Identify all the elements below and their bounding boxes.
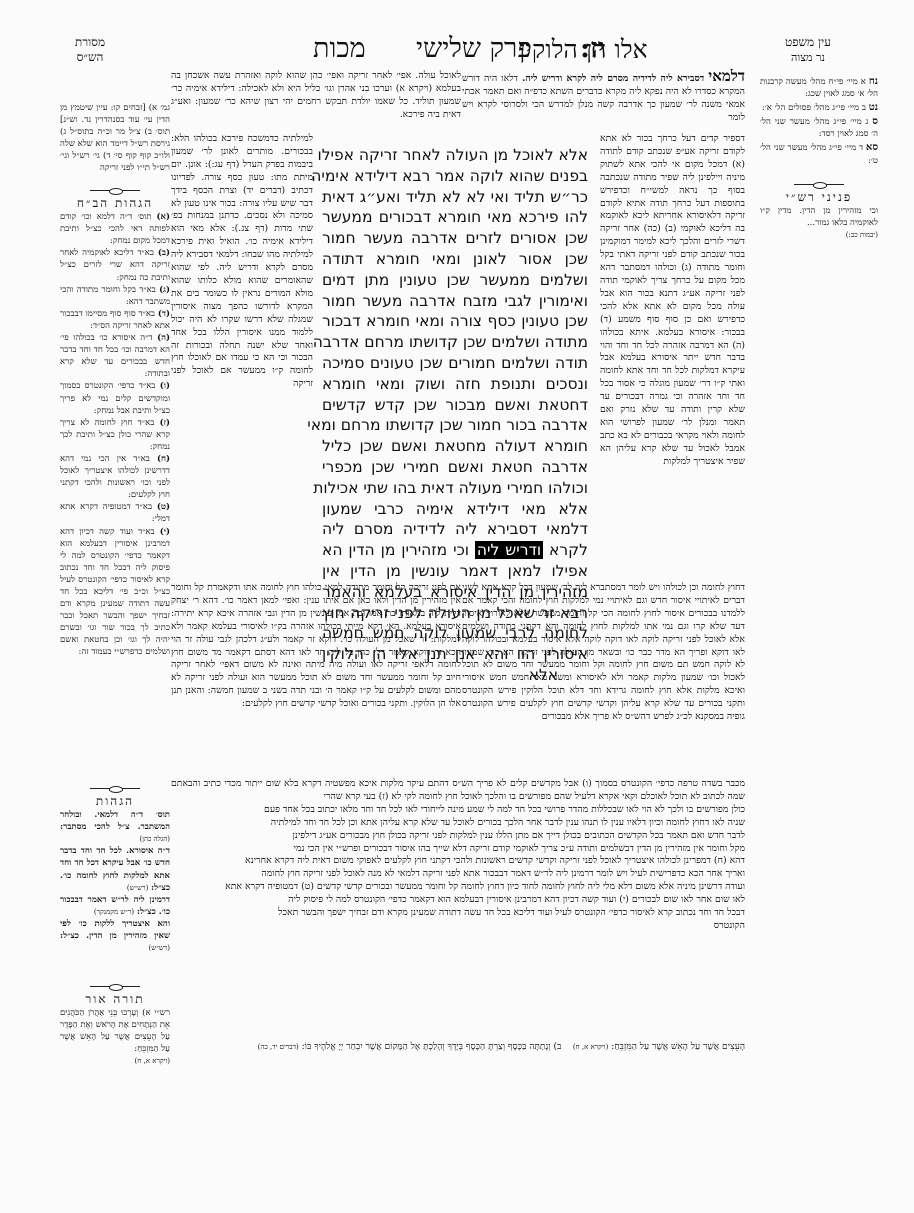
hagahot-item: (ט) בא״ד דמטופיה דקרא אתא דמלי: — [60, 501, 170, 525]
item-num: (ב) — [158, 248, 170, 258]
gemara-line-with-selection[interactable]: לקרא ודריש ליה וכי מזהירין מן הדין הא — [322, 540, 588, 561]
hagahot-item: (י) בא״ד ועוד קשה דכיון דהא דמרבינן איסו… — [60, 526, 170, 659]
item-num: (ח) — [157, 454, 170, 464]
hagahot-habach-column: הגהות הב״ח (א) תוס׳ ד״ה דלמא וכו׳ קודם ל… — [60, 182, 170, 659]
ornament-divider-icon — [90, 188, 140, 194]
gemara-line: אדרבה בכור חמור שכן קדושתו מרחם ומאי — [322, 415, 588, 436]
tosafot-line: לדבר חדש ואם תאמר בכל הקדשים הכתובים בכו… — [171, 830, 745, 843]
perek-label: פרק שלישי — [416, 33, 531, 64]
hagahot-item: (ד) בא״ד סוף סוף מסיימו דבבכור אתא לאחר … — [60, 308, 170, 332]
tosafot-line: לאו שום אחר לאו שום לבכורים (י) ועוד קשה… — [171, 894, 745, 907]
verse-right: וְנָתַתָּה בַּכָּסֶף וְצַרְתָּ הַכֶּסֶף … — [302, 1042, 551, 1052]
item-num: (י) — [160, 527, 170, 537]
tosafot-column: דספיר קדים דעל כרחך בכור לא אתא לקודם זר… — [600, 133, 745, 469]
entry-letter: ד — [859, 143, 863, 153]
hagahot-item: (א) תוס׳ ד״ה דלמא וכו׳ קודם לפותה דאי לה… — [60, 211, 170, 247]
gemara-line: שכן אסורים לזרים אדרבה מעשר חמור — [322, 228, 588, 249]
note-ref: (הגלה כהן) — [139, 835, 170, 843]
tosafot-line: מכבר בשדה טרפה כדפי׳ הקונטרס בסמוך (ו) א… — [171, 778, 745, 804]
entry-mark: נט — [869, 102, 878, 113]
gemara-word: וכי מזהירין מן הדין הא — [322, 541, 469, 559]
gemara-line: ושלמים ממעשר שכן טעונין מתן דמים — [322, 270, 588, 291]
verse-left-ref: (ויקרא א, ח) — [573, 1043, 609, 1051]
item-text: בא״ד בקל וחומר מתודה והכי משתבר דהא: — [60, 285, 170, 307]
ein-mishpat-entry: נח א מיי׳ פי״ח מהל׳ מעשה קרבנות הל׳ א׳ ס… — [760, 76, 878, 100]
item-text: בא״ד ועוד קשה דכיון דהא דמרבינן איסורין … — [60, 527, 170, 658]
hagahot-item: (ג) בא״ד בקל וחומר מתודה והכי משתבר דהא: — [60, 284, 170, 308]
entry-letter: א — [861, 77, 866, 87]
talmud-page: יז: אלו הן הלוקין פרק שלישי מכות עין משפ… — [0, 0, 914, 1213]
gemara-line: אלא לאוכל מן העולה לאחר זריקה אפילו — [322, 145, 588, 166]
masoret-title: מסורת הש״ס — [60, 35, 120, 65]
hagahot-note: דרמינן ליה לר״ש דאמר דבבכור כו׳. כצ״ל: (… — [60, 894, 170, 918]
verse-right-ref: (דברים יד, כה) — [258, 1043, 299, 1051]
footer-verses: הָעֵצִים אֲשֶׁר עַל הָאֵשׁ אֲשֶׁר עַל הַ… — [171, 1041, 745, 1052]
tosafot-line: שניה לאו דחוץ לחומה וכיון דלאיו ענין לו … — [171, 817, 745, 830]
rashi-column: למילתיה כדמשכח פירכא בכולהו הלא: בבכורים… — [171, 133, 313, 391]
note-text: והא איצטריך ללקות כו׳ לפי שאין מזהירין מ… — [60, 919, 170, 941]
spacer — [60, 72, 170, 102]
tosafot-line: הקונטרס — [171, 920, 745, 933]
gemara-line: אדרבה חטאת ואשם חמירי שכן מכפרי — [322, 457, 588, 478]
gemara-line: אפילו למאן דאמר עונשין מן הדין אין — [322, 561, 588, 582]
tosafot-wide: מכבר בשדה טרפה כדפי׳ הקונטרס בסמוך (ו) א… — [171, 778, 745, 933]
hagahot-title: הגהות — [60, 795, 170, 807]
hagahot-note: תוס׳ ד״ה דלמאי. ובולחר המשתבר. צ״ל להכי … — [60, 809, 170, 845]
note-ref: (רש״ש) — [127, 884, 148, 892]
gemara-line: ונסכים ותנופת חזה ושוק ומאי חומרא — [322, 374, 588, 395]
gemara-line: דלמאי דסבירא ליה לדידיה מסרם ליה — [322, 519, 588, 540]
entry-letter: ב — [862, 103, 866, 113]
hagahot-item: (ו) בא״ד כדפי׳ הקונטרס בסמוך ומוקדשים קל… — [60, 380, 170, 416]
masoret-hashas-column: גמ׳ א) [זבחים קו: עיין שיטמץ מן הדין עי׳… — [60, 72, 170, 175]
item-text: בא״ד כדפי׳ הקונטרס בסמוך ומוקדשים קלים נ… — [60, 381, 170, 415]
item-num: (א) — [157, 212, 171, 222]
ein-mishpat-entry: סא ד מיי׳ פי״ג מהל׳ מעשר שני הל׳ ט׳: — [760, 142, 878, 166]
item-num: (ד) — [158, 309, 170, 319]
selected-text[interactable]: ודריש ליה — [475, 541, 543, 559]
item-text: בא״ד דליכא לאוקמיה לאחר זריקה דהא שרי לז… — [60, 248, 170, 282]
hagahot-item: (ה) ד״ה איסורא כו׳ בכולהו פי׳ הא דמרבה ו… — [60, 332, 170, 380]
gemara-line: חומרא דעולה מחטאת ואשם שכן כליל — [322, 436, 588, 457]
gemara-line: וכולהו חמירי מעולה דאית בהו שתי אכילות — [322, 478, 588, 499]
torah-or-ref: (ויקרא א, ח) — [60, 1055, 170, 1067]
pninei-rashi-ref: (יבמות כב:) — [760, 229, 878, 241]
item-num: (ז) — [160, 418, 170, 428]
ein-mishpat-column: נח א מיי׳ פי״ח מהל׳ מעשה קרבנות הל׳ א׳ ס… — [760, 76, 878, 169]
tosafot-line: כולן מפורשים בו ולכך לא הוי לאו שבכללות … — [171, 804, 745, 817]
gemara-line: כר״ש תליד ואי לא לא תליד ואע״ג דאית — [322, 187, 588, 208]
pninei-rashi-text: וכי מזהירין מן הדין. מדין ק״ו לאוקמיה בל… — [760, 205, 878, 229]
tosafot-dibur-hamatchil: דלמאי — [708, 67, 745, 85]
gemara-line: אלא מאי דילידא אימיה כרבי שמעון — [322, 499, 588, 520]
tosafot-top: דלמאי דסבירא ליה לדידיה מסרם ליה לקרא וד… — [462, 70, 745, 125]
hagahot-item: (ח) בא״ד אין הכי נמי דהא דדרשינן לכולהו … — [60, 453, 170, 501]
hagahot-habach-title: הגהות הב״ח — [60, 197, 170, 209]
chapter-name: אלו הן הלוקין — [519, 35, 648, 65]
gemara-line: ואימורין לגבי מזבח אדרבה מעשר חמור — [322, 291, 588, 312]
ornament-divider-icon — [794, 182, 844, 188]
note-text: תוס׳ ד״ה דלמאי. ובולחר המשתבר. צ״ל להכי … — [60, 810, 170, 832]
item-num: (ג) — [159, 285, 170, 295]
item-text: בא״ד סוף סוף מסיימו דבבכור אתא לאחר זריק… — [60, 309, 170, 331]
item-text: בא״ד דמטופיה דקרא אתא דמלי: — [60, 502, 170, 524]
ein-mishpat-title: עין משפט נר מצוה — [758, 35, 858, 65]
entry-text: מיי׳ פי״ג מהל׳ מעשר שני הל׳ ה׳ סמג לאוין… — [760, 117, 878, 139]
hagahot-note: והא איצטריך ללקות כו׳ לפי שאין מזהירין מ… — [60, 918, 170, 954]
pninei-rashi-column: פניני רש״י וכי מזהירין מן הדין. מדין ק״ו… — [760, 176, 878, 241]
ornament-divider-icon — [90, 786, 140, 792]
tosafot-line: דבכל חד וחד נכתוב קרא לאיסור כדפי׳ הקונט… — [171, 907, 745, 920]
entry-mark: סא — [866, 142, 878, 153]
item-text: בא״ד חוץ לחומה לא צריך קרא שהרי כולן כצ״… — [60, 418, 170, 452]
item-text: בא״ד אין הכי נמי דהא דדרשינן לכולהו איצט… — [60, 454, 170, 500]
tosafot-line: דהא (ח) דמפרינן לכולהו איצטריך לאוכל לפנ… — [171, 855, 745, 868]
ner-mitzvah-heading: נר מצוה — [758, 50, 858, 65]
entry-letter: ג — [866, 117, 869, 127]
tosafot-bottom: דחוץ לחומה וכן לכולהו ויש לומר דמסתברא ל… — [462, 582, 745, 724]
note-text: ד״ה איסורא. לכל חד וחד בדבר חדש כו׳ אבל … — [60, 846, 170, 892]
hagahot-item: (ב) בא״ד דליכא לאוקמיה לאחר זריקה דהא שר… — [60, 247, 170, 283]
gemara-line: שכן טעונין כסף צורה ומאי חומרא דבכור — [322, 311, 588, 332]
tosafot-line: ועודה דרשינן מיניה אלא משום דלא מלי ליה … — [171, 881, 745, 894]
tractate-name: מכות — [313, 33, 366, 64]
entry-text: מיי׳ פי״ג מהל׳ פסולים הל׳ א׳: — [762, 103, 859, 113]
item-text: ד״ה איסורא כו׳ בכולהו פי׳ הא דמרבה וכו׳ … — [60, 333, 170, 379]
gemara-line: מתודה ושלמים שכן קדושתו מרחם אדרבה — [322, 332, 588, 353]
torah-or-column: תורה אור רש״י א) וְעָרְכוּ בְּנֵי אַהֲרֹ… — [60, 978, 170, 1068]
masoret-heading: מסורת — [60, 35, 120, 50]
hagahot-note: ד״ה איסורא. לכל חד וחד בדבר חדש כו׳ אבל … — [60, 845, 170, 893]
item-num: (ו) — [160, 381, 170, 391]
masoret-text: גמ׳ א) [זבחים קו: עיין שיטמץ מן הדין עי׳… — [60, 102, 170, 175]
pninei-rashi-title: פניני רש״י — [760, 191, 878, 203]
gemara-line: תודה ושלמים חמורים שכן טעונים סמיכה — [322, 353, 588, 374]
gemara-line: דחטאת ואשם מבכור שכן קדש קדשים — [322, 395, 588, 416]
torah-or-text: רש״י א) וְעָרְכוּ בְּנֵי אַהֲרֹן הַכֹּהֲ… — [60, 1007, 170, 1055]
gemara-line: להו פירכא מאי חומרא דבכורים ממעשר — [322, 207, 588, 228]
item-num: (ט) — [157, 502, 170, 512]
hagahot-item: (ז) בא״ד חוץ לחומה לא צריך קרא שהרי כולן… — [60, 417, 170, 453]
note-ref: (ר״ש מקמנקר) — [94, 908, 134, 916]
entry-mark: ס — [872, 116, 878, 127]
ein-mishpat-entry: נט ב מיי׳ פי״ג מהל׳ פסולים הל׳ א׳: — [760, 102, 878, 114]
rashi-top: לאוכל עולה. אפי׳ לאחר זריקה ואפי׳ כהן שה… — [171, 70, 461, 122]
item-num: (ה) — [157, 333, 170, 343]
tosafot-line: ואריך אחר הכא כדפרישית לעיל ויש לומר דרמ… — [171, 868, 745, 881]
gemara-line: בפנים שהוא לוקה אמר רבא דילידא אימיה — [322, 166, 588, 187]
hagahot-column: הגהות תוס׳ ד״ה דלמאי. ובולחר המשתבר. צ״ל… — [60, 780, 170, 954]
item-text: תוס׳ ד״ה דלמא וכו׳ קודם לפותה דאי להכי כ… — [60, 212, 170, 246]
ornament-divider-icon — [90, 984, 140, 990]
gemara-word: לקרא — [549, 541, 588, 559]
rashi-bottom: אם לפני זריקה קל וחומר מתודה למאי כולהו … — [171, 582, 461, 711]
tosafot-line: מקל וחומר אין מזהירין מן הדין דבשלמים ות… — [171, 843, 745, 856]
verse-left: הָעֵצִים אֲשֶׁר עַל הָאֵשׁ אֲשֶׁר עַל הַ… — [611, 1042, 745, 1052]
ein-mishpat-heading: עין משפט — [758, 35, 858, 50]
note-ref: (רש״ש) — [149, 944, 170, 952]
tosafot-dibur-continuation: דסבירא ליה לדידיה מסרם ליה לקרא ודריש לי… — [522, 73, 704, 84]
hashas-heading: הש״ס — [60, 50, 120, 65]
torah-or-title: תורה אור — [60, 993, 170, 1005]
entry-mark: נח — [869, 76, 878, 87]
ein-mishpat-entry: ס ג מיי׳ פי״ג מהל׳ מעשר שני הל׳ ה׳ סמג ל… — [760, 116, 878, 140]
gemara-line: שכן אסור לאונן ומאי חומרא דתודה — [322, 249, 588, 270]
verse-mark: ב) — [554, 1042, 562, 1052]
